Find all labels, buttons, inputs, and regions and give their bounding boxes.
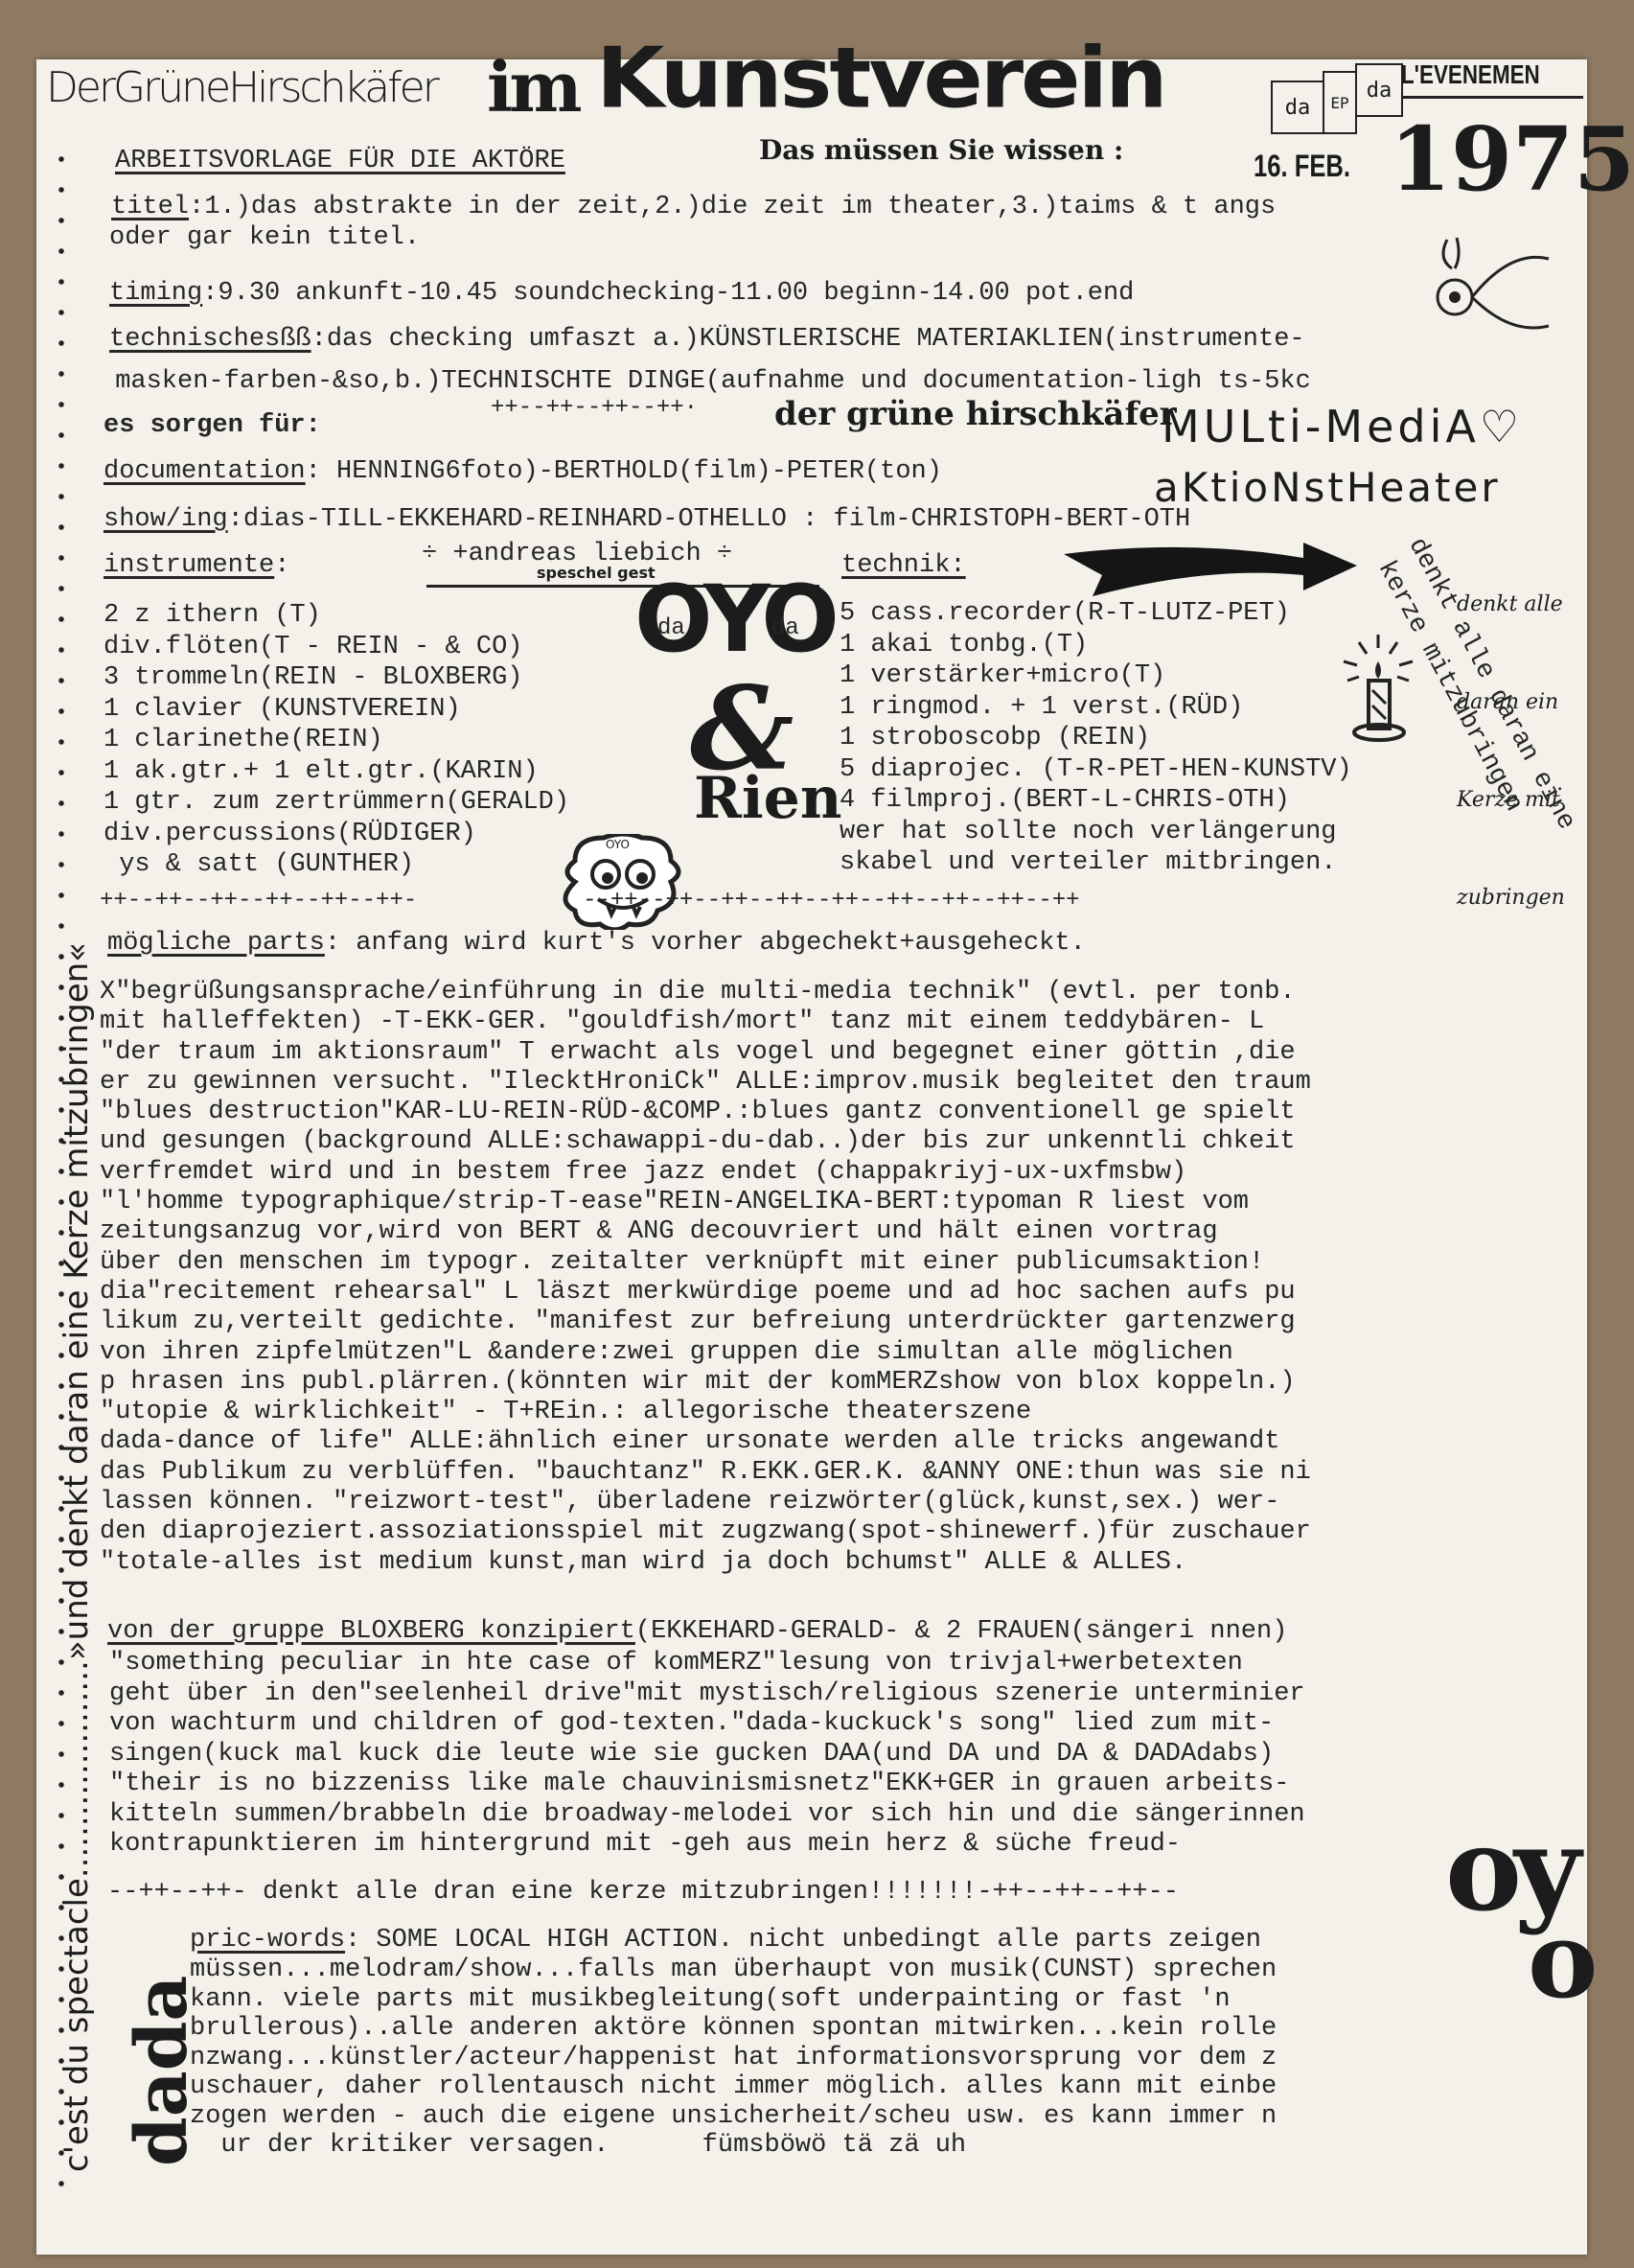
titel-line: titel:1.)das abstrakte in der zeit,2.)di… — [111, 192, 1276, 222]
technik-item: 1 verstärker+micro(T) — [840, 660, 1352, 692]
bloxberg-body-line: singen(kuck mal kuck die leute wie sie g… — [109, 1740, 1305, 1770]
group-name: DerGrüneHirschkäfer — [46, 63, 437, 112]
titel-text: :1.)das abstrakte in der zeit,2.)die zei… — [189, 193, 1276, 221]
parts-body-line: "l'homme typographique/strip-T-ease"REIN… — [100, 1188, 1311, 1217]
subtitle: Das müssen Sie wissen : — [759, 134, 1123, 166]
technik-list: 5 cass.recorder(R-T-LUTZ-PET)1 akai tonb… — [840, 598, 1352, 879]
pric-words-body-line: uschauer, daher rollentausch nicht immer… — [190, 2072, 1277, 2102]
pric-words-body-line: ur der kritiker versagen. fümsböwö tä zä… — [190, 2131, 1277, 2161]
instrumente-line: instrumente: — [104, 550, 289, 581]
bloxberg-line: von der gruppe BLOXBERG konzipiert(EKKEH… — [107, 1616, 1287, 1647]
parts-body: X"begrüßungsansprache/einführung in die … — [100, 978, 1311, 1578]
timing-line: timing:9.30 ankunft-10.45 soundchecking-… — [109, 278, 1134, 309]
face-label: OYO — [606, 838, 630, 851]
doc-heading: ARBEITSVORLAGE FÜR DIE AKTÖRE — [115, 146, 565, 176]
documentation-line: documentation: HENNING6foto)-BERTHOLD(fi… — [104, 456, 942, 487]
instrument-item: 2 z ithern (T) — [104, 600, 569, 632]
parts-body-line: X"begrüßungsansprache/einführung in die … — [100, 978, 1311, 1007]
dada-vertical: dada — [121, 1976, 203, 2166]
dice-face-left: da — [1271, 81, 1324, 134]
parts-line: mögliche parts: anfang wird kurt's vorhe… — [107, 928, 1086, 959]
parts-body-line: dia"recitement rehearsal" L läszt merkwü… — [100, 1278, 1311, 1308]
parts-body-line: über den menschen im typogr. zeitalter v… — [100, 1248, 1311, 1278]
parts-body-line: "der traum im aktionsraum" T erwacht als… — [100, 1038, 1311, 1068]
snail-doodle-icon — [1428, 230, 1572, 336]
technisches-text: :das checking umfaszt a.)KÜNSTLERISCHE M… — [311, 325, 1305, 354]
instrument-item: div.percussions(RÜDIGER) — [104, 819, 569, 850]
instrument-item: ys & satt (GUNTHER) — [104, 849, 569, 881]
parts-body-line: das Publikum zu verblüffen. "bauchtanz" … — [100, 1458, 1311, 1488]
kerze-reminder: --++--++- denkt alle dran eine kerze mit… — [107, 1877, 1179, 1908]
instrument-item: 1 clavier (KUNSTVEREIN) — [104, 694, 569, 726]
instrument-item: 1 ak.gtr.+ 1 elt.gtr.(KARIN) — [104, 756, 569, 788]
instrument-item: div.flöten(T - REIN - & CO) — [104, 632, 569, 663]
parts-body-line: "utopie & wirklichkeit" - T+REin.: alleg… — [100, 1398, 1311, 1427]
parts-body-line: mit halleffekten) -T-EKK-GER. "gouldfish… — [100, 1007, 1311, 1037]
event-date: 16. FEB. — [1254, 149, 1350, 184]
technik-item: 1 akai tonbg.(T) — [840, 630, 1352, 661]
technik-item: skabel und verteiler mitbringen. — [840, 847, 1352, 879]
pric-words-line: pric-words: SOME LOCAL HIGH ACTION. nich… — [190, 1925, 1261, 1956]
technik-item: 1 ringmod. + 1 verst.(RÜD) — [840, 692, 1352, 724]
plus-divider-1: ++--++--++--++· — [491, 393, 698, 424]
parts-text: : anfang wird kurt's vorher abgechekt+au… — [325, 929, 1086, 958]
oyo-da-left: da — [657, 613, 685, 644]
pric-words-body: müssen...melodram/show...falls man überh… — [190, 1956, 1277, 2161]
oyo-da-right: da — [771, 613, 799, 644]
evenement-masthead: L'EVENEMEN — [1401, 59, 1540, 90]
masthead-rule — [1401, 96, 1583, 99]
header-im: im — [487, 46, 579, 127]
documentation-text: : HENNING6foto)-BERTHOLD(film)-PETER(ton… — [306, 457, 942, 486]
parts-body-line: "blues destruction"KAR-LU-REIN-RÜD-&COMP… — [100, 1098, 1311, 1127]
pric-words-body-line: nzwang...künstler/acteur/happenist hat i… — [190, 2044, 1277, 2073]
bloxberg-body: "something peculiar in hte case of komME… — [109, 1649, 1305, 1861]
technik-item: 5 cass.recorder(R-T-LUTZ-PET) — [840, 598, 1352, 630]
aktionstheater-stamp: aKtioNstHeater — [1154, 464, 1501, 511]
parts-label: mögliche parts — [107, 929, 325, 958]
technik-item: 1 stroboscobp (REIN) — [840, 723, 1352, 754]
bloxberg-text: (EKKEHARD-GERALD- & 2 FRAUEN(sängeri nne… — [635, 1617, 1288, 1646]
parts-body-line: lassen können. "reizwort-test", überlade… — [100, 1488, 1311, 1517]
venue-title: Kunstverein — [596, 30, 1165, 127]
titel-label: titel — [111, 193, 189, 221]
instrumente-label: instrumente — [104, 551, 274, 580]
parts-body-line: likum zu,verteilt gedichte. "manifest zu… — [100, 1308, 1311, 1337]
candle-icon — [1340, 633, 1416, 748]
show-label: show/ing — [104, 505, 228, 534]
bloxberg-body-line: kontrapunktieren im hintergrund mit -geh… — [109, 1830, 1305, 1861]
documentation-label: documentation — [104, 457, 306, 486]
technisches-line: technischesßß:das checking umfaszt a.)KÜ… — [109, 324, 1305, 355]
pric-words-body-line: kann. viele parts mit musikbegleitung(so… — [190, 1985, 1277, 2015]
parts-body-line: von ihren zipfelmützen"L &andere:zwei gr… — [100, 1338, 1311, 1368]
bloxberg-body-line: "something peculiar in hte case of komME… — [109, 1649, 1305, 1679]
gruene-hirschkaefer-fraktur: der grüne hirschkäfer — [774, 395, 1177, 433]
pric-words-text: : SOME LOCAL HIGH ACTION. nicht unbeding… — [345, 1926, 1261, 1955]
show-line: show/ing:dias-TILL-EKKEHARD-REINHARD-OTH… — [104, 504, 1190, 535]
titel-line-2: oder gar kein titel. — [109, 222, 420, 253]
bloxberg-body-line: geht über in den"seelenheil drive"mit my… — [109, 1679, 1305, 1710]
technik-item: 4 filmproj.(BERT-L-CHRIS-OTH) — [840, 785, 1352, 817]
parts-body-line: verfremdet wird und in bestem free jazz … — [100, 1158, 1311, 1188]
handwritten-line: zubringen — [1457, 882, 1565, 914]
pric-words-label: pric-words — [190, 1926, 345, 1955]
es-sorgen-fuer: es sorgen für: — [104, 410, 321, 441]
timing-label: timing — [109, 279, 202, 308]
instrument-list: 2 z ithern (T)div.flöten(T - REIN - & CO… — [104, 600, 569, 881]
technisches-line-2: masken-farben-&so,b.)TECHNISCHTE DINGE(a… — [100, 366, 1311, 397]
parts-body-line: und gesungen (background ALLE:schawappi-… — [100, 1127, 1311, 1157]
arrow-right-icon — [1064, 537, 1361, 604]
parts-body-line: er zu gewinnen versucht. "IlecktHroniCk"… — [100, 1068, 1311, 1098]
vertical-spectacle-text: c'est du spectacle.....................»… — [58, 942, 96, 2172]
bloxberg-body-line: von wachturm und children of god-texten.… — [109, 1709, 1305, 1740]
timing-text: :9.30 ankunft-10.45 soundchecking-11.00 … — [202, 279, 1134, 308]
parts-body-line: den diaprojeziert.assoziationsspiel mit … — [100, 1517, 1311, 1547]
parts-body-line: p hrasen ins publ.plärren.(könnten wir m… — [100, 1368, 1311, 1398]
pric-words-body-line: müssen...melodram/show...falls man überh… — [190, 1956, 1277, 1985]
handwritten-line: denkt alle — [1457, 589, 1565, 621]
bloxberg-body-line: "their is no bizzeniss like male chauvin… — [109, 1770, 1305, 1800]
oyo-bottom-o: o — [1528, 1898, 1598, 2022]
technik-item: 5 diaprojec. (T-R-PET-HEN-KUNSTV) — [840, 754, 1352, 786]
technik-label: technik: — [841, 550, 966, 581]
rien-word: Rien — [694, 765, 841, 832]
bloxberg-label: von der gruppe BLOXBERG konzipiert — [107, 1617, 635, 1646]
show-text: :dias-TILL-EKKEHARD-REINHARD-OTHELLO : f… — [228, 505, 1191, 534]
instrument-item: 1 gtr. zum zertrümmern(GERALD) — [104, 787, 569, 819]
instrument-item: 3 trommeln(REIN - BLOXBERG) — [104, 662, 569, 694]
instrument-item: 1 clarinethe(REIN) — [104, 725, 569, 756]
parts-body-line: "totale-alles ist medium kunst,man wird … — [100, 1548, 1311, 1578]
dice-face-middle: EP — [1323, 71, 1357, 134]
parts-body-line: dada-dance of life" ALLE:ähnlich einer u… — [100, 1427, 1311, 1457]
parts-body-line: zeitungsanzug vor,wird von BERT & ANG de… — [100, 1217, 1311, 1247]
event-year: 1975 — [1390, 107, 1634, 211]
plus-divider-2: ++--++--++--++--++--++- --++--++--++--++… — [100, 886, 1080, 916]
bloxberg-body-line: kitteln summen/brabbeln die broadway-mel… — [109, 1800, 1305, 1831]
technik-item: wer hat sollte noch verlängerung — [840, 817, 1352, 848]
technisches-label: technischesßß — [109, 325, 311, 354]
pric-words-body-line: zogen werden - auch die eigene unsicherh… — [190, 2102, 1277, 2132]
pric-words-body-line: brullerous)..alle anderen aktöre können … — [190, 2014, 1277, 2044]
multimedia-stamp: MULti-MediA♡ — [1162, 401, 1523, 452]
